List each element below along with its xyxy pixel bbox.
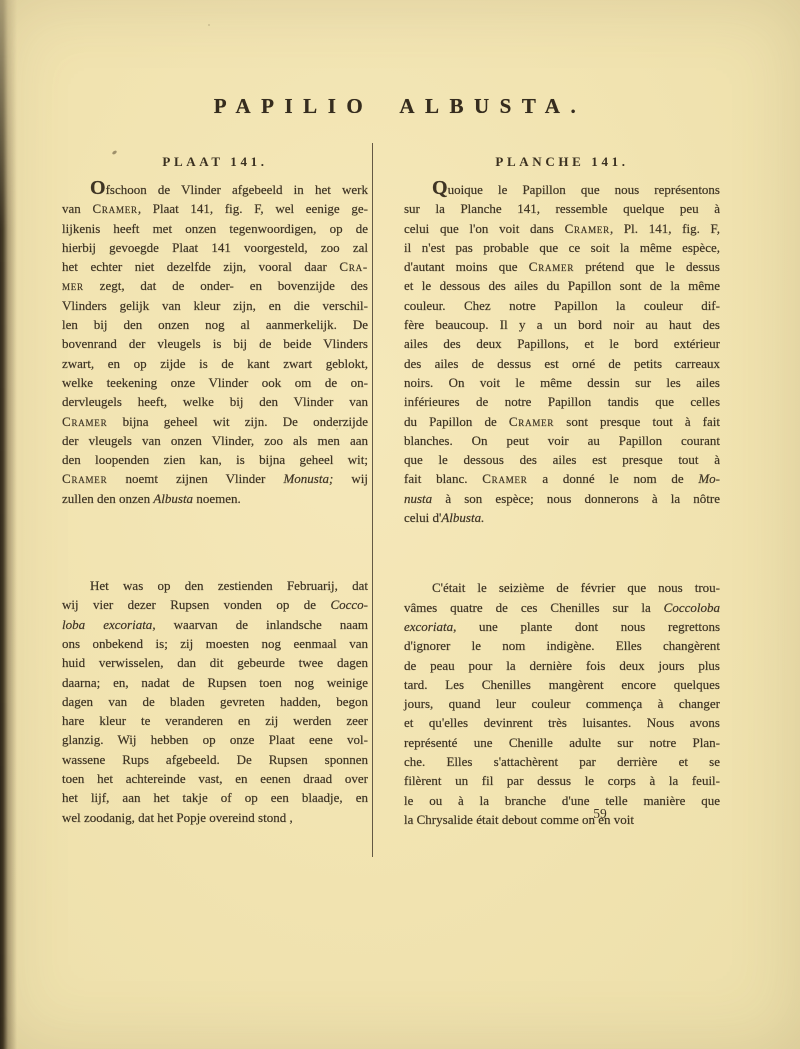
text-line: daarna; en, nadat de Rupsen toen nog wei… <box>62 673 368 692</box>
text-line: des ailes de dessus est orné de petits c… <box>404 354 720 373</box>
text-line: celui d'Albusta. <box>404 508 720 527</box>
small-caps-name: Cramer <box>62 471 107 486</box>
text-line: wij vier dezer Rupsen vonden op de Cocco… <box>62 595 368 614</box>
small-caps-name: Cramer <box>92 201 137 216</box>
text-line: de peau pour la dernière fois deux jours… <box>404 656 720 675</box>
italic-term: Coccoloba <box>664 600 720 615</box>
text-line: représenté une Chenille adulte sur notre… <box>404 733 720 752</box>
text-line: ons onbekend is; zij moesten nog eenmaal… <box>62 634 368 653</box>
text-line: blanches. On peut voir au Papillon coura… <box>404 431 720 450</box>
small-caps-name: Cramer <box>482 471 527 486</box>
small-caps-name: Cramer <box>62 414 107 429</box>
text-line: Cramer noemt zijnen Vlinder Monusta; wij <box>62 469 368 488</box>
text-line: Ofschoon de Vlinder afgebeeld in het wer… <box>62 180 368 199</box>
text-line: que le dessous des ailes est presque tou… <box>404 450 720 469</box>
text-line: huid verwisselen, dan dit gebeurde twee … <box>62 653 368 672</box>
text-line: Quoique le Papillon que nous représenton… <box>404 180 720 199</box>
text-line: den loopenden zien kan, is bijna geheel … <box>62 450 368 469</box>
text-line: bovenrand der vleugels is bij de beide V… <box>62 334 368 353</box>
text-line: couleur. Chez notre Papillon la couleur … <box>404 296 720 315</box>
paper-speck <box>208 24 210 26</box>
text-line: C'était le seizième de février que nous … <box>404 578 720 597</box>
text-line: hierbij gevoegde Plaat 141 voorgesteld, … <box>62 238 368 257</box>
paragraph: Het was op den zestienden Februarij, dat… <box>62 576 368 827</box>
text-line: fère beaucoup. Il y a un bord noir au ha… <box>404 315 720 334</box>
text-line: hare kleur te veranderen en zij werden z… <box>62 711 368 730</box>
text-line: et le dessous des ailes du Papillon sont… <box>404 276 720 295</box>
text-line: len bij den onzen nog al aanmerkelijk. D… <box>62 315 368 334</box>
text-line: tard. Les Chenilles mangèrent encore que… <box>404 675 720 694</box>
text-line: van Cramer, Plaat 141, fig. F, wel eenig… <box>62 199 368 218</box>
text-line: et qu'elles devinrent très luisantes. No… <box>404 713 720 732</box>
text-line: Het was op den zestienden Februarij, dat <box>62 576 368 595</box>
text-line: du Papillon de Cramer sont presque tout … <box>404 412 720 431</box>
italic-term: Albusta <box>153 491 193 506</box>
text-line: het echter niet dezelfde zijn, vooral da… <box>62 257 368 276</box>
text-line: Cramer bijna geheel wit zijn. De onderzi… <box>62 412 368 431</box>
text-line: excoriata, une plante dont nous regretto… <box>404 617 720 636</box>
text-line: dervleugels heeft, welke bij den Vlinder… <box>62 392 368 411</box>
column-divider-rule <box>372 143 373 857</box>
text-line: Vlinders gelijk van kleur zijn, en die v… <box>62 296 368 315</box>
text-line: zwart, en op zijde is de kant zwart gebl… <box>62 354 368 373</box>
text-line: celui que l'on voit dans Cramer, Pl. 141… <box>404 219 720 238</box>
text-line: inférieures de notre Papillon tandis que… <box>404 392 720 411</box>
text-line: nusta à son espèce; nous donnerons à la … <box>404 489 720 508</box>
text-line: ailes des deux Papillons, et le bord ext… <box>404 334 720 353</box>
page-number: 59 <box>570 806 630 822</box>
text-line: wel zoodanig, dat het Popje overeind sto… <box>62 808 368 827</box>
italic-term: Monusta; <box>283 471 333 486</box>
text-line: wassene Rups afgebeeld. De Rupsen sponne… <box>62 750 368 769</box>
small-caps-name: mer <box>62 278 84 293</box>
small-caps-name: Cramer <box>509 414 554 429</box>
italic-term: loba excoriata <box>62 617 152 632</box>
small-caps-name: Cramer <box>565 221 610 236</box>
left-column-paragraphs: Ofschoon de Vlinder afgebeeld in het wer… <box>62 180 368 827</box>
text-line: der vleugels van onzen Vlinder, zoo als … <box>62 431 368 450</box>
text-line: loba excoriata, waarvan de inlandsche na… <box>62 615 368 634</box>
italic-term: nusta <box>404 491 432 506</box>
left-column-heading: PLAAT 141. <box>62 155 368 169</box>
initial-capital: O <box>90 177 106 199</box>
text-line: che. Elles s'attachèrent par derrière et… <box>404 752 720 771</box>
italic-term: excoriata <box>404 619 453 634</box>
paragraph: C'était le seizième de février que nous … <box>404 578 720 829</box>
book-binding-shadow <box>0 0 18 1049</box>
initial-capital: Q <box>432 177 448 199</box>
paragraph: Ofschoon de Vlinder afgebeeld in het wer… <box>62 180 368 508</box>
text-line: sur la Planche 141, ressemble quelque pe… <box>404 199 720 218</box>
text-line: mer zegt, dat de onder- en bovenzijde de… <box>62 276 368 295</box>
text-line: il n'est pas probable que ce soit la mêm… <box>404 238 720 257</box>
scanned-book-page: PAPILIO ALBUSTA. PLAAT 141. Ofschoon de … <box>0 0 800 1049</box>
text-line: jours, quand leur couleur commença à cha… <box>404 694 720 713</box>
page-title: PAPILIO ALBUSTA. <box>0 94 800 119</box>
text-line: d'ignorer le nom indigène. Elles changèr… <box>404 636 720 655</box>
small-caps-name: Cra- <box>339 259 368 274</box>
italic-term: Cocco- <box>330 597 368 612</box>
small-caps-name: Cramer <box>529 259 574 274</box>
paragraph: Quoique le Papillon que nous représenton… <box>404 180 720 527</box>
text-line: fait blanc. Cramer a donné le nom de Mo- <box>404 469 720 488</box>
text-line: zullen den onzen Albusta noemen. <box>62 489 368 508</box>
right-column-paragraphs: Quoique le Papillon que nous représenton… <box>404 180 720 829</box>
text-line: het lijf, aan het takje of op een blaadj… <box>62 788 368 807</box>
right-column-heading: PLANCHE 141. <box>404 155 720 169</box>
text-line: filèrent un fil par dessus le corps à la… <box>404 771 720 790</box>
text-line: la Chrysalide était debout comme on en v… <box>404 810 720 829</box>
text-line: lijkenis heeft met onzen tegenwoordigen,… <box>62 219 368 238</box>
text-line: vâmes quatre de ces Chenilles sur la Coc… <box>404 598 720 617</box>
text-line: toen het achtereinde vast, en eenen draa… <box>62 769 368 788</box>
text-line: dagen van de bladen gevreten hadden, beg… <box>62 692 368 711</box>
text-line: noirs. On voit le même dessin sur les ai… <box>404 373 720 392</box>
text-line: welke teekening onze Vlinder ook om de o… <box>62 373 368 392</box>
italic-term: Albusta. <box>441 510 484 525</box>
left-column: PLAAT 141. Ofschoon de Vlinder afgebeeld… <box>62 155 368 827</box>
right-column: PLANCHE 141. Quoique le Papillon que nou… <box>404 155 720 829</box>
italic-term: Mo- <box>698 471 720 486</box>
text-line: le ou à la branche d'une telle manière q… <box>404 791 720 810</box>
text-line: glanzig. Wij hebben op onze Plaat eene v… <box>62 730 368 749</box>
text-line: d'autant moins que Cramer prétend que le… <box>404 257 720 276</box>
